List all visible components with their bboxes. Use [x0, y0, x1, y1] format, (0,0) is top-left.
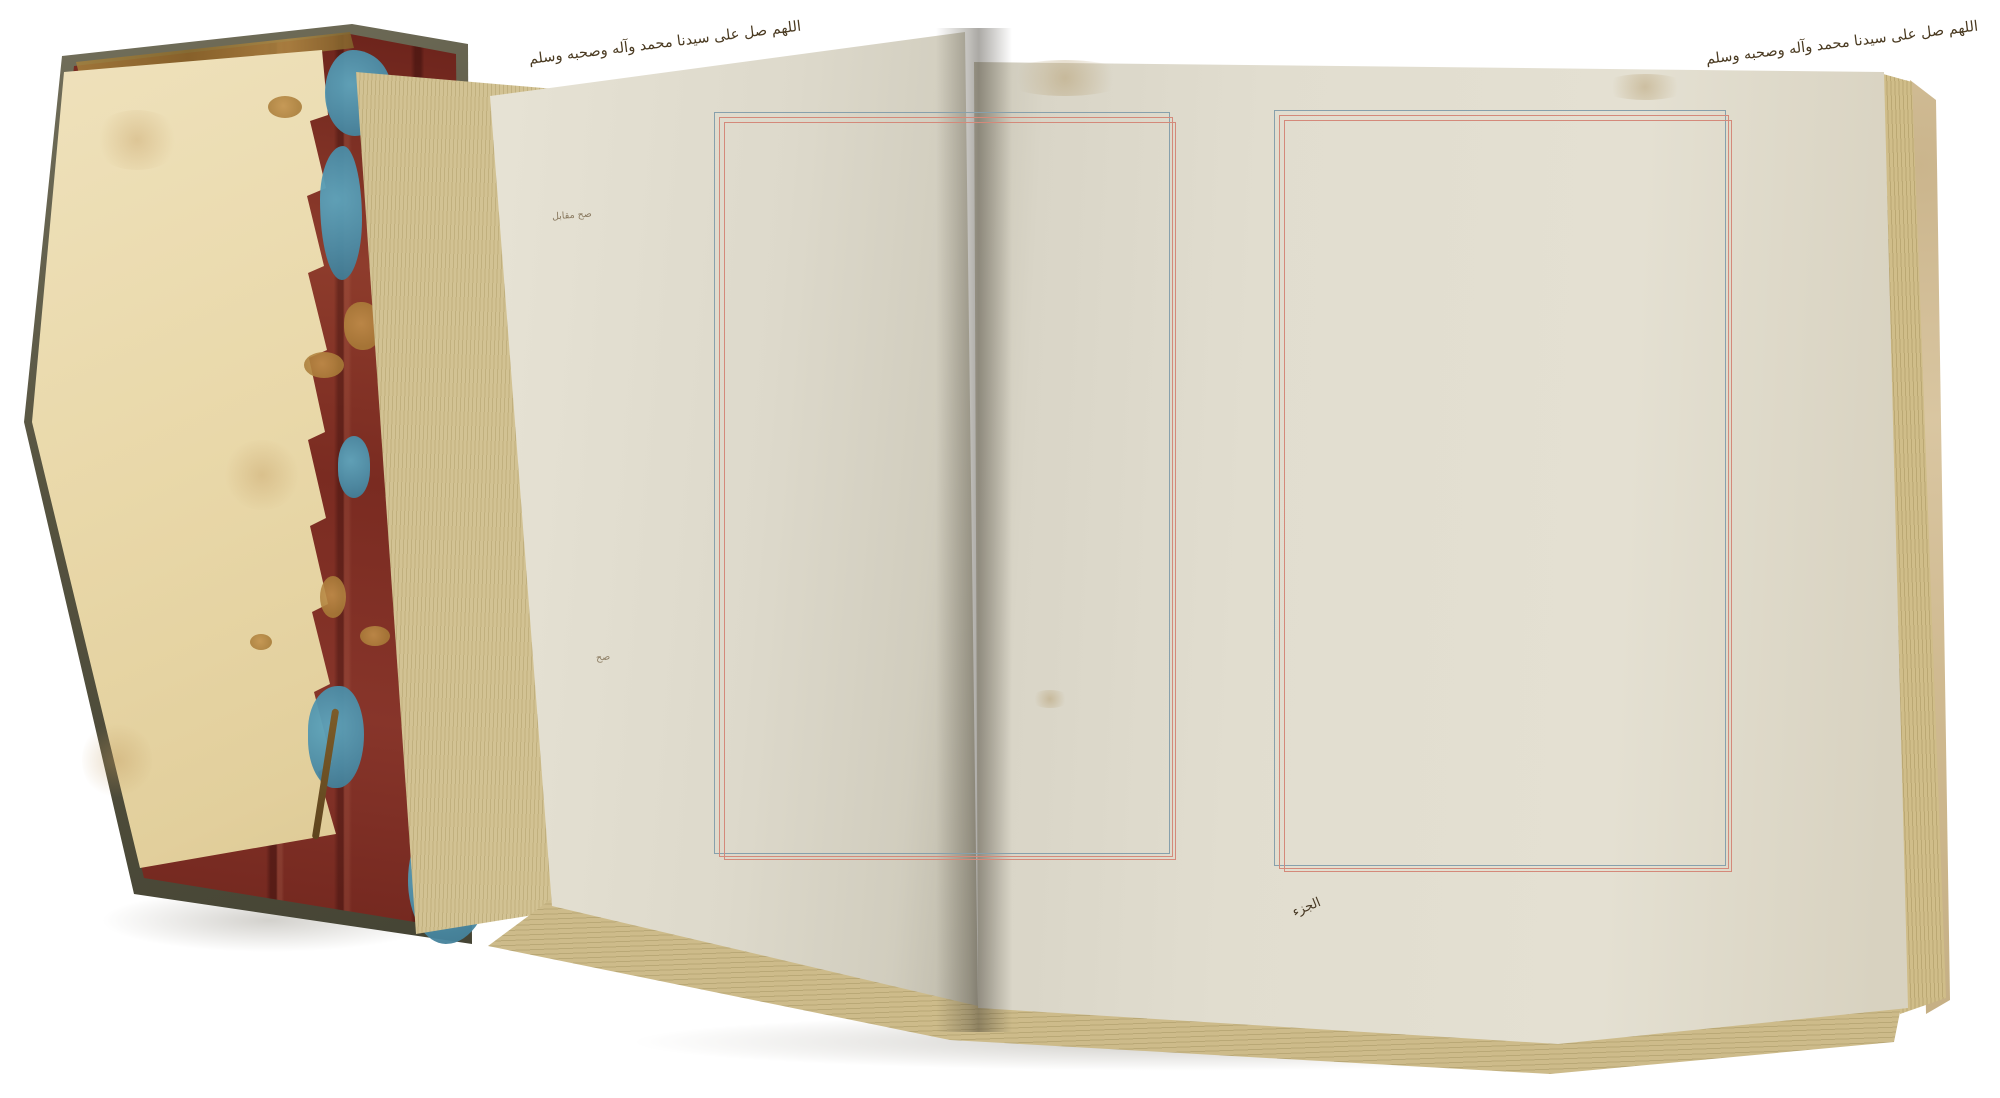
paper-stain — [1600, 74, 1690, 100]
invocation-header-right: اللهم صل على سيدنا محمد وآله وصحبه وسلم — [1705, 19, 1979, 68]
text-area-left: وقولهالمرتهنفيهالأنهذلكالشيخاللهبالخيارك… — [724, 122, 1176, 860]
worn-gilt-spot — [268, 96, 302, 118]
worn-gilt-spot — [360, 626, 390, 646]
worn-gilt-spot — [304, 352, 344, 378]
frame-rule-salmon-outer: وقولهالمرتهنفيهالأنهذلكالشيخاللهبالخيارك… — [719, 117, 1173, 857]
text-area-right: الرهنالغررعندقالرحمهالمشتريإذاالثمنوهوذل… — [1284, 120, 1732, 872]
blue-paint-patch — [308, 686, 364, 788]
text-frame-right: الرهنالغررعندقالرحمهالمشتريإذاالثمنوهوذل… — [1274, 110, 1726, 866]
worn-gilt-spot — [250, 634, 272, 650]
blue-paint-patch — [338, 436, 370, 498]
pastedown-stain — [222, 440, 302, 510]
text-frame-left: وقولهالمرتهنفيهالأنهذلكالشيخاللهبالخيارك… — [714, 112, 1170, 854]
frame-rule-salmon-outer: الرهنالغررعندقالرحمهالمشتريإذاالثمنوهوذل… — [1279, 115, 1729, 869]
pastedown-stain — [92, 110, 182, 170]
paper-stain — [1000, 60, 1130, 96]
margin-note: صح — [595, 651, 610, 663]
worn-gilt-spot — [320, 576, 346, 618]
pastedown-stain — [82, 720, 152, 800]
manuscript-photograph: اللهم صل على سيدنا محمد وآله وصحبه وسلم … — [0, 0, 2000, 1098]
